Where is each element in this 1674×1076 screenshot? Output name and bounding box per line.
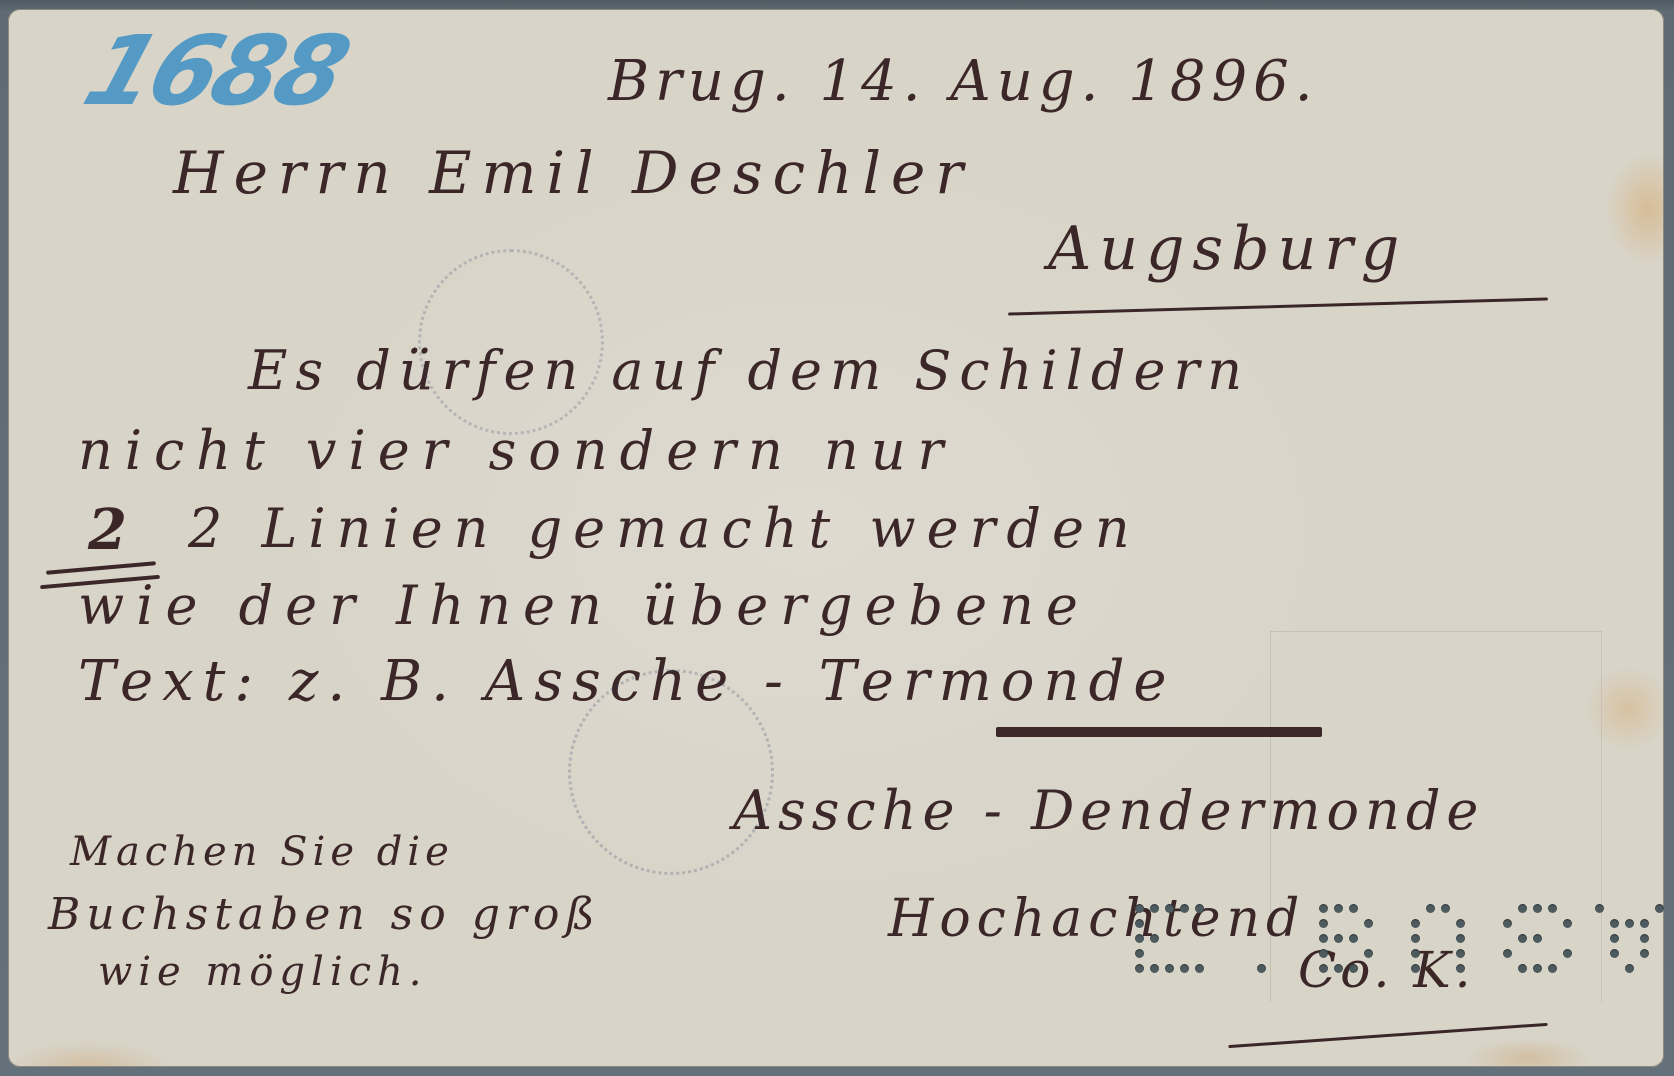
perfin-hole [1503, 949, 1512, 958]
separator-bar [996, 727, 1322, 737]
perfin-hole [1319, 904, 1328, 913]
margin-double-underline-1 [46, 561, 156, 575]
margin-number: 2 [88, 497, 130, 563]
perfin-hole [1563, 949, 1572, 958]
perfin-hole [1349, 934, 1358, 943]
footnote-line-1: Machen Sie die [70, 829, 454, 875]
perfin-hole [1135, 919, 1144, 928]
perfin-hole [1195, 964, 1204, 973]
perfin-hole [1640, 919, 1649, 928]
perfin-hole [1518, 964, 1527, 973]
perfin-hole [1625, 919, 1634, 928]
archive-number: 1688 [72, 15, 360, 127]
perfin-hole [1150, 904, 1159, 913]
perfin-hole [1334, 904, 1343, 913]
body-line-4: wie der Ihnen übergebene [78, 574, 1090, 637]
postmark-trace-1 [418, 249, 604, 435]
perfin-hole [1411, 919, 1420, 928]
perfin-hole [1595, 904, 1604, 913]
perfin-hole [1610, 949, 1619, 958]
perfin-hole [1441, 904, 1450, 913]
perfin-hole [1150, 934, 1159, 943]
perfin-glyph [1501, 902, 1575, 976]
recipient-city: Augsburg [1048, 214, 1407, 284]
body-line-6: Assche - Dendermonde [733, 779, 1484, 842]
perfin-hole [1349, 964, 1358, 973]
perfin-hole [1640, 934, 1649, 943]
perfin-hole [1640, 949, 1649, 958]
perfin-hole [1456, 949, 1465, 958]
perfin-hole [1135, 904, 1144, 913]
body-line-3: 2 Linien gemacht werden [188, 497, 1141, 560]
perfin-hole [1364, 949, 1373, 958]
perfin-hole [1135, 934, 1144, 943]
perfin-hole [1456, 934, 1465, 943]
perfin-hole [1411, 949, 1420, 958]
footnote-line-2: Buchstaben so groß [48, 889, 601, 940]
signature-flourish [1228, 1023, 1547, 1048]
perfin-hole [1334, 964, 1343, 973]
perfin-hole [1625, 964, 1634, 973]
perfin-hole [1411, 934, 1420, 943]
perfin-hole [1349, 904, 1358, 913]
address-underline [1008, 297, 1548, 315]
postcard: 1688 Brug. 14. Aug. 1896. Herrn Emil Des… [8, 9, 1664, 1067]
perfin-hole [1257, 964, 1266, 973]
perfin-hole [1195, 904, 1204, 913]
perfin-hole [1610, 919, 1619, 928]
perfin-hole [1533, 934, 1542, 943]
postmark-trace-2 [568, 669, 774, 875]
perfin-glyph [1225, 902, 1299, 976]
perfin-hole [1135, 949, 1144, 958]
perfin-glyph [1133, 902, 1207, 976]
body-line-1: Es dürfen auf dem Schildern [248, 339, 1250, 402]
perfin-hole [1411, 964, 1420, 973]
perfin-hole [1456, 919, 1465, 928]
perfin-hole [1135, 964, 1144, 973]
perfin-hole [1456, 964, 1465, 973]
perfin-hole [1150, 964, 1159, 973]
perfin-glyph [1317, 902, 1391, 976]
perfin-hole [1319, 919, 1328, 928]
perfin-hole [1503, 919, 1512, 928]
perfin-glyph [1409, 902, 1483, 976]
footnote-line-3: wie möglich. [98, 949, 428, 995]
perfin-hole [1518, 934, 1527, 943]
perfin-hole [1165, 964, 1174, 973]
perfin-hole [1319, 964, 1328, 973]
perfin-hole [1655, 904, 1664, 913]
perfin-glyph [1593, 902, 1667, 976]
perfin-hole [1533, 964, 1542, 973]
perfin-hole [1610, 934, 1619, 943]
perfin-hole [1334, 934, 1343, 943]
perfin-hole [1563, 919, 1572, 928]
place-date: Brug. 14. Aug. 1896. [608, 49, 1319, 114]
perfin-hole [1319, 949, 1328, 958]
recipient-name: Herrn Emil Deschler [173, 139, 973, 207]
perfin-hole [1548, 964, 1557, 973]
perfin-hole [1518, 904, 1527, 913]
perfin-hole [1548, 904, 1557, 913]
perfin-hole [1165, 904, 1174, 913]
perfin-hole [1364, 919, 1373, 928]
perfin-hole [1180, 964, 1189, 973]
perfin-perforation [1133, 902, 1674, 976]
perfin-hole [1533, 904, 1542, 913]
perfin-hole [1319, 934, 1328, 943]
perfin-hole [1426, 904, 1435, 913]
perfin-hole [1180, 904, 1189, 913]
